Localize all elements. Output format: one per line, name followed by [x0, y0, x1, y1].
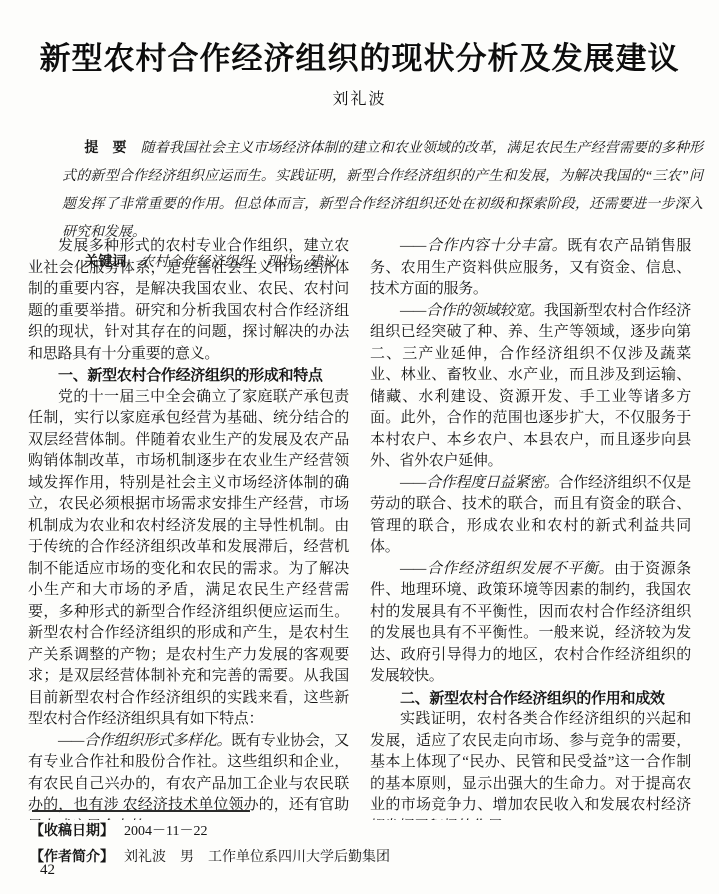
- journal-page: 新型农村合作经济组织的现状分析及发展建议 刘礼波 提 要 随着我国社会主义市场经…: [0, 0, 719, 894]
- effect-paragraph: 实践证明，农村各类合作经济组织的兴起和发展，适应了农民走向市场、参与竞争的需要，…: [370, 709, 691, 820]
- feature-item-closeness: ——合作程度日益紧密。合作经济组织不仅是劳动的联合、技术的联合，而且有资金的联合…: [370, 473, 691, 559]
- formation-paragraph: 党的十一届三中全会确立了家庭联产承包责任制，实行以家庭承包经营为基础、统分结合的…: [28, 387, 349, 731]
- abstract-label: 提 要: [84, 139, 126, 155]
- right-column: ——合作内容十分丰富。既有农产品销售服务、农用生产资料供应服务，又有资金、信息、…: [370, 236, 691, 820]
- left-column: 发展多种形式的农村专业合作组织，建立农业社会化服务体系，是完善社会主义市场经济体…: [28, 236, 349, 820]
- abstract-paragraph: 提 要 随着我国社会主义市场经济体制的建立和农业领域的改革，满足农民生产经营需要…: [62, 133, 703, 247]
- feature-item-scope-text: 我国新型农村合作经济组织已经突破了种、养、生产等领域，逐步向第二、三产业延伸，合…: [370, 303, 691, 470]
- section-heading-2: 二、新型农村合作经济组织的作用和成效: [370, 688, 691, 710]
- feature-item-content: ——合作内容十分丰富。既有农产品销售服务、农用生产资料供应服务，又有资金、信息、…: [370, 236, 691, 301]
- received-date-value: 2004－11－22: [124, 824, 207, 839]
- feature-item-closeness-lead: ——合作程度日益紧密。: [400, 475, 559, 491]
- received-date-label: 【收稿日期】: [30, 822, 114, 838]
- feature-item-forms: ——合作组织形式多样化。既有专业协会，又有专业合作社和股份合作社。这些组织和企业…: [28, 731, 349, 821]
- two-column-body: 发展多种形式的农村专业合作组织，建立农业社会化服务体系，是完善社会主义市场经济体…: [28, 236, 692, 820]
- page-number: 42: [40, 862, 55, 879]
- feature-item-scope: ——合作的领域较宽。我国新型农村合作经济组织已经突破了种、养、生产等领域，逐步向…: [370, 301, 691, 473]
- footnote-divider: [32, 810, 250, 812]
- section-heading-1: 一、新型农村合作经济组织的形成和特点: [28, 365, 349, 387]
- author-bio-value: 刘礼波 男 工作单位系四川大学后勤集团: [124, 850, 390, 865]
- author-name: 刘礼波: [0, 86, 719, 109]
- intro-paragraph: 发展多种形式的农村专业合作组织，建立农业社会化服务体系，是完善社会主义市场经济体…: [28, 236, 349, 365]
- received-date-line: 【收稿日期】2004－11－22: [30, 818, 690, 844]
- feature-item-imbalance: ——合作经济组织发展不平衡。由于资源条件、地理环境、政策环境等因素的制约，我国农…: [370, 559, 691, 688]
- feature-item-imbalance-text: 由于资源条件、地理环境、政策环境等因素的制约，我国农村的发展具有不平衡性，因而农…: [370, 561, 691, 685]
- footnote-block: 【收稿日期】2004－11－22 【作者简介】刘礼波 男 工作单位系四川大学后勤…: [30, 810, 690, 870]
- author-bio-line: 【作者简介】刘礼波 男 工作单位系四川大学后勤集团: [30, 844, 690, 870]
- feature-item-imbalance-lead: ——合作经济组织发展不平衡。: [400, 561, 614, 577]
- abstract-text: 随着我国社会主义市场经济体制的建立和农业领域的改革，满足农民生产经营需要的多种形…: [62, 141, 703, 240]
- feature-item-forms-lead: ——合作组织形式多样化。: [58, 733, 231, 749]
- feature-item-content-lead: ——合作内容十分丰富。: [400, 238, 567, 254]
- feature-item-scope-lead: ——合作的领域较宽。: [400, 303, 544, 319]
- page-title: 新型农村合作经济组织的现状分析及发展建议: [0, 33, 719, 78]
